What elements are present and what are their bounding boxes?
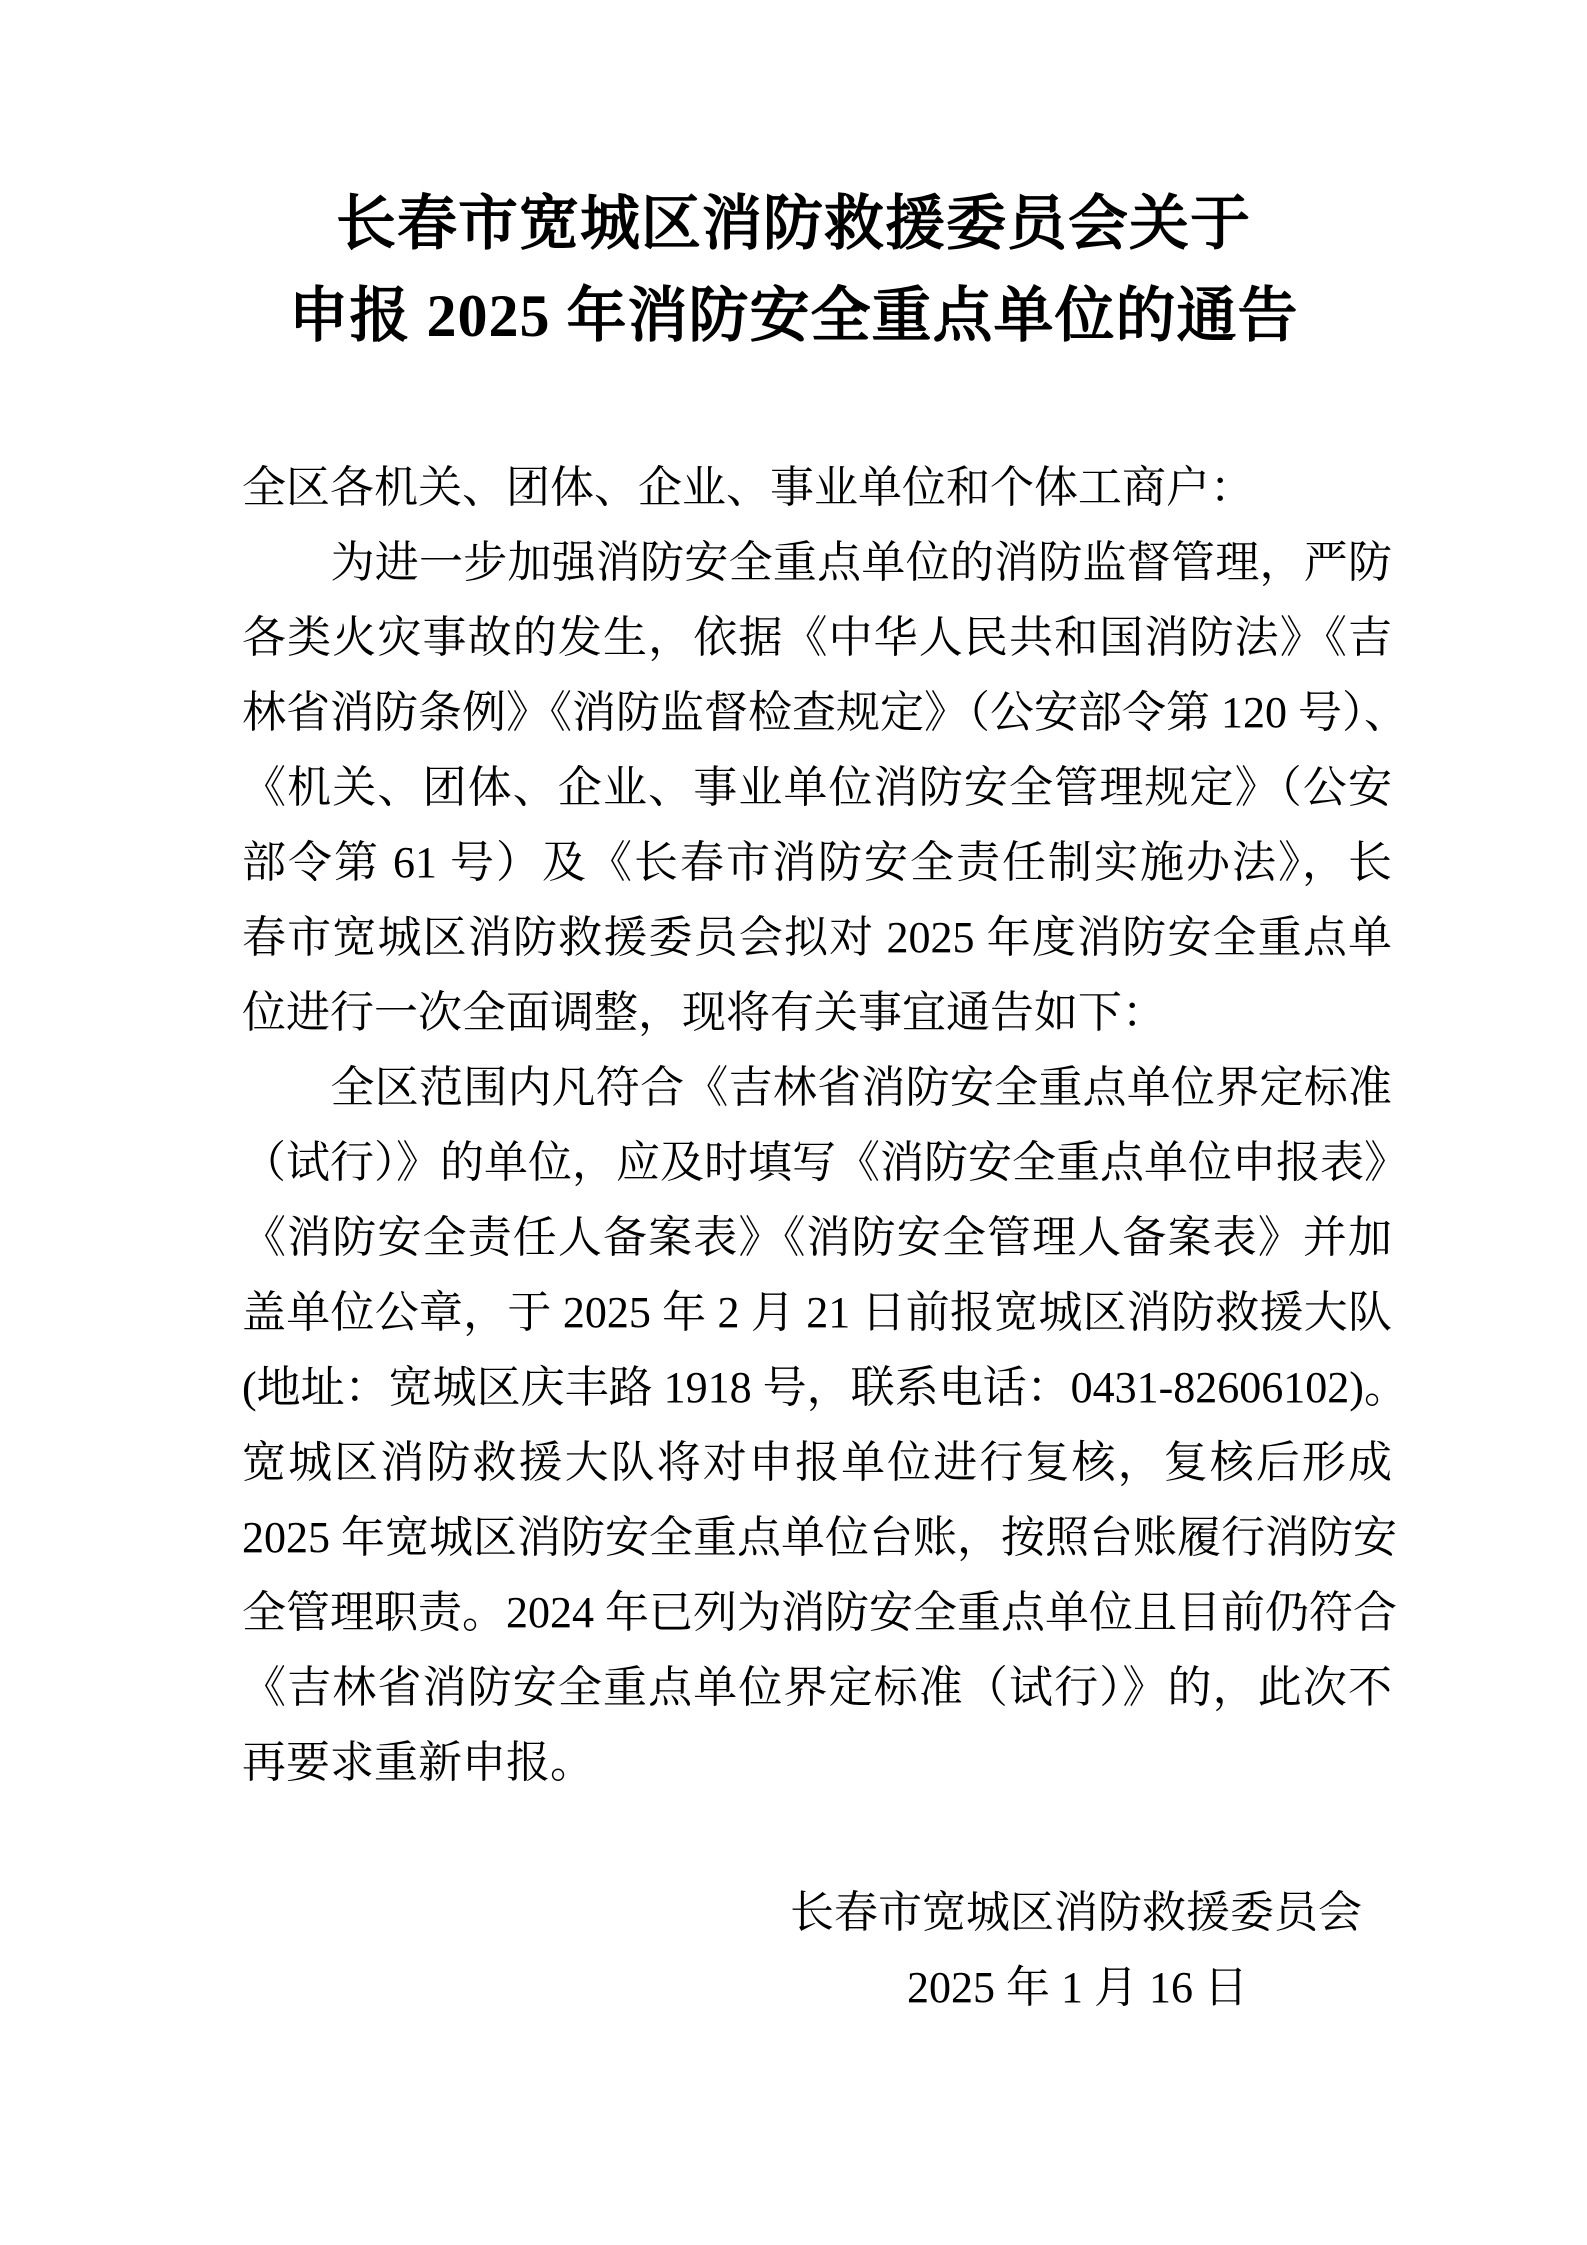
body-line: (地址：宽城区庆丰路 1918 号，联系电话：0431-82606102)。	[242, 1350, 1392, 1425]
body-line: 林省消防条例》《消防监督检查规定》（公安部令第 120 号）、	[242, 675, 1392, 750]
body-line: 全管理职责。2024 年已列为消防安全重点单位且目前仍符合	[242, 1575, 1392, 1650]
body-line: 《吉林省消防安全重点单位界定标准（试行）》的，此次不	[242, 1650, 1392, 1725]
document-body: 全区各机关、团体、企业、事业单位和个体工商户： 为进一步加强消防安全重点单位的消…	[242, 450, 1392, 1800]
body-line: 部令第 61 号）及《长春市消防安全责任制实施办法》，长	[242, 825, 1392, 900]
body-line: 《消防安全责任人备案表》《消防安全管理人备案表》并加	[242, 1200, 1392, 1275]
body-line: 全区各机关、团体、企业、事业单位和个体工商户：	[242, 450, 1392, 525]
body-line: 再要求重新申报。	[242, 1725, 1392, 1800]
date: 2025 年 1 月 16 日	[242, 1950, 1392, 2025]
body-line: 春市宽城区消防救援委员会拟对 2025 年度消防安全重点单	[242, 900, 1392, 975]
body-line: 全区范围内凡符合《吉林省消防安全重点单位界定标准	[242, 1050, 1392, 1125]
body-line: 《机关、团体、企业、事业单位消防安全管理规定》（公安	[242, 750, 1392, 825]
body-line: 为进一步加强消防安全重点单位的消防监督管理，严防	[242, 525, 1392, 600]
body-line: 各类火灾事故的发生，依据《中华人民共和国消防法》《吉	[242, 600, 1392, 675]
document-signoff: 长春市宽城区消防救援委员会 2025 年 1 月 16 日	[242, 1875, 1392, 2025]
body-line: 盖单位公章，于 2025 年 2 月 21 日前报宽城区消防救援大队	[242, 1275, 1392, 1350]
document-title-line-2: 申报 2025 年消防安全重点单位的通告	[0, 270, 1587, 362]
body-line: 2025 年宽城区消防安全重点单位台账，按照台账履行消防安	[242, 1500, 1392, 1575]
document-title: 长春市宽城区消防救援委员会关于 申报 2025 年消防安全重点单位的通告	[0, 178, 1587, 362]
document-title-line-1: 长春市宽城区消防救援委员会关于	[0, 178, 1587, 270]
signature: 长春市宽城区消防救援委员会	[242, 1875, 1392, 1950]
notice-document-page: 长春市宽城区消防救援委员会关于 申报 2025 年消防安全重点单位的通告 全区各…	[0, 0, 1587, 2245]
body-line: 宽城区消防救援大队将对申报单位进行复核，复核后形成	[242, 1425, 1392, 1500]
body-line: （试行）》的单位，应及时填写《消防安全重点单位申报表》	[242, 1125, 1392, 1200]
body-line: 位进行一次全面调整，现将有关事宜通告如下：	[242, 975, 1392, 1050]
